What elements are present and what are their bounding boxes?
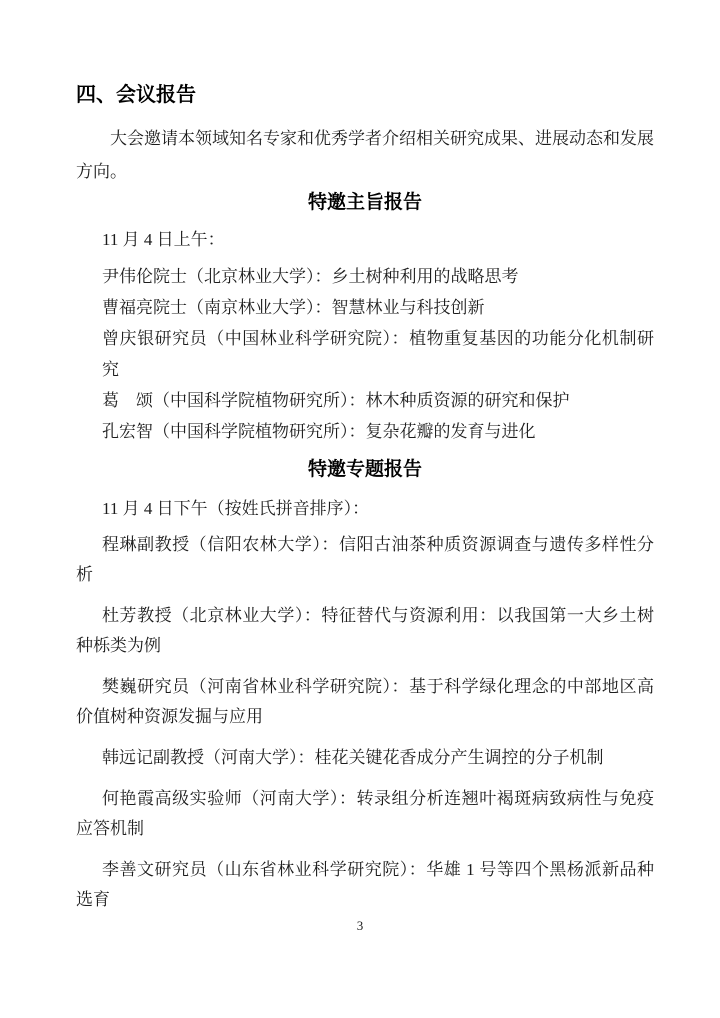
keynote-talk: 葛 颂（中国科学院植物研究所）：林木种质资源的研究和保护 xyxy=(76,385,654,416)
keynote-heading: 特邀主旨报告 xyxy=(76,192,654,214)
special-talk: 李善文研究员（山东省林业科学研究院）：华雄 1 号等四个黑杨派新品种选育 xyxy=(76,855,654,915)
keynote-session-time: 11 月 4 日上午： xyxy=(76,224,654,255)
special-talk: 樊巍研究员（河南省林业科学研究院）：基于科学绿化理念的中部地区高价值树种资源发掘… xyxy=(76,672,654,732)
keynote-talk: 孔宏智（中国科学院植物研究所）：复杂花瓣的发育与进化 xyxy=(76,416,654,447)
keynote-talk: 曾庆银研究员（中国林业科学研究院）：植物重复基因的功能分化机制研究 xyxy=(76,323,654,385)
page-number: 3 xyxy=(0,918,720,934)
special-talk: 杜芳教授（北京林业大学）：特征替代与资源利用：以我国第一大乡土树种栎类为例 xyxy=(76,601,654,661)
special-talk: 韩远记副教授（河南大学）：桂花关键花香成分产生调控的分子机制 xyxy=(76,743,654,773)
special-session-time: 11 月 4 日下午（按姓氏拼音排序）： xyxy=(76,493,654,524)
document-page: 四、会议报告 大会邀请本领域知名专家和优秀学者介绍相关研究成果、进展动态和发展方… xyxy=(0,0,720,1018)
special-talk: 程琳副教授（信阳农林大学）：信阳古油茶种质资源调查与遗传多样性分析 xyxy=(76,530,654,590)
section-heading: 四、会议报告 xyxy=(76,84,654,106)
special-heading: 特邀专题报告 xyxy=(76,459,654,481)
keynote-talk: 尹伟伦院士（北京林业大学）：乡土树种利用的战略思考 xyxy=(76,261,654,292)
keynote-talk: 曹福亮院士（南京林业大学）：智慧林业与科技创新 xyxy=(76,292,654,323)
special-talk: 何艳霞高级实验师（河南大学）：转录组分析连翘叶褐斑病致病性与免疫应答机制 xyxy=(76,784,654,844)
document-content: 四、会议报告 大会邀请本领域知名专家和优秀学者介绍相关研究成果、进展动态和发展方… xyxy=(0,0,720,915)
intro-paragraph: 大会邀请本领域知名专家和优秀学者介绍相关研究成果、进展动态和发展方向。 xyxy=(76,122,654,188)
